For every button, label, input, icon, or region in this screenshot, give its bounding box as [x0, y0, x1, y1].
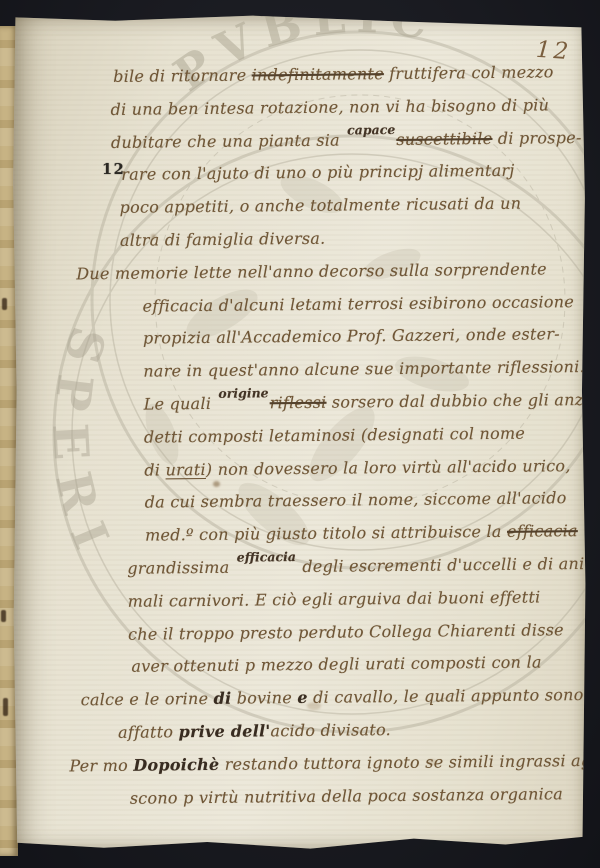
- manuscript-text: bile di ritornare: [113, 65, 252, 85]
- manuscript-text: di: [144, 460, 165, 479]
- manuscript-text: di cavallo, le quali appunto sono: [308, 685, 584, 707]
- manuscript-text: fruttifera col mezzo: [384, 62, 554, 83]
- manuscript-line: bile di ritornare indefinitamente frutti…: [113, 57, 582, 95]
- manuscript-text: Per mo: [69, 755, 133, 775]
- manuscript-line: detti composti letaminosi (designati col…: [144, 418, 586, 455]
- inserted-word: capace: [347, 115, 395, 146]
- manuscript-text: scono p virtù nutritiva della poca sosta…: [130, 784, 563, 808]
- inserted-word: origine: [218, 378, 269, 409]
- binding-edge-mark: [1, 610, 6, 622]
- manuscript-text: calce e le orine: [81, 689, 214, 709]
- manuscript-line: mali carnivori. E ciò egli arguiva dai b…: [128, 582, 586, 620]
- manuscript-text: poco appetiti, o anche totalmente ricusa…: [119, 194, 521, 217]
- inserted-word: efficacia: [237, 542, 297, 573]
- struck-out-word: suscettibile: [396, 129, 492, 149]
- manuscript-text: di una ben intesa rotazione, non vi ha b…: [110, 95, 549, 119]
- manuscript-line: da cui sembra traessero il nome, siccome…: [145, 483, 586, 520]
- manuscript-line: grandissima efficacia degli escrementi d…: [127, 549, 586, 587]
- binding-edge-mark: [2, 298, 7, 310]
- manuscript-line: poco appetiti, o anche totalmente ricusa…: [119, 188, 583, 226]
- manuscript-line: scono p virtù nutritiva della poca sosta…: [130, 779, 586, 817]
- manuscript-text: grandissima: [127, 558, 235, 578]
- manuscript-text: detti composti letaminosi (designati col…: [144, 423, 525, 446]
- manuscript-text: Due memorie lette nell'anno decorso sull…: [76, 259, 547, 283]
- manuscript-text: rare con l'ajuto di uno o più principj a…: [121, 161, 514, 184]
- manuscript-text: aver ottenuti p mezzo degli urati compos…: [131, 653, 541, 676]
- manuscript-line: propizia all'Accademico Prof. Gazzeri, o…: [143, 319, 585, 356]
- overwritten-word: e: [297, 688, 308, 707]
- manuscript-line: altra di famiglia diversa.: [120, 221, 584, 259]
- manuscript-text: ) non dovessero la loro virtù all'acido …: [206, 456, 571, 479]
- scanned-manuscript: PVBLIC SPERI 12 12 bile di ritornare ind…: [0, 0, 600, 868]
- manuscript-line: di urati) non dovessero la loro virtù al…: [144, 451, 586, 488]
- manuscript-line: affatto prive dell'acido divisato.: [118, 713, 586, 751]
- manuscript-text: med.º con più giusto titolo si attribuis…: [145, 522, 507, 545]
- manuscript-text: restando tuttora ignoto se simili ingras…: [219, 751, 586, 774]
- binding-edge-mark: [3, 698, 8, 716]
- manuscript-text: nare in quest'anno alcune sue importante…: [143, 357, 585, 381]
- manuscript-text: propizia all'Accademico Prof. Gazzeri, o…: [143, 325, 560, 348]
- manuscript-line: nare in quest'anno alcune sue importante…: [143, 352, 585, 389]
- manuscript-text: efficacia d'alcuni letami terrosi esibir…: [143, 292, 575, 316]
- manuscript-line: Due memorie lette nell'anno decorso sull…: [76, 254, 584, 292]
- manuscript-text: altra di famiglia diversa.: [120, 229, 326, 250]
- overwritten-word: di: [214, 689, 232, 708]
- manuscript-text: Le quali: [144, 394, 217, 414]
- manuscript-page: PVBLIC SPERI 12 12 bile di ritornare ind…: [12, 14, 586, 852]
- manuscript-text: di prospe-: [492, 128, 581, 148]
- overwritten-word: prive dell': [178, 721, 270, 741]
- struck-out-word: riflessi: [270, 393, 327, 413]
- manuscript-line: Le quali origineriflessi sorsero dal dub…: [143, 385, 585, 422]
- manuscript-line: che il troppo presto perduto Collega Chi…: [128, 615, 586, 653]
- overwritten-word: Dopoichè: [133, 755, 219, 775]
- struck-out-word: efficacia: [507, 521, 578, 541]
- manuscript-text-block: bile di ritornare indefinitamente frutti…: [12, 57, 586, 817]
- manuscript-text: sorsero dal dubbio che gli anzi-: [326, 390, 586, 412]
- struck-out-word: indefinitamente: [252, 64, 384, 84]
- manuscript-text: affatto: [118, 722, 179, 742]
- manuscript-text: che il troppo presto perduto Collega Chi…: [128, 620, 564, 644]
- manuscript-line: rare con l'ajuto di uno o più principj a…: [121, 155, 583, 193]
- manuscript-line: aver ottenuti p mezzo degli urati compos…: [131, 647, 586, 685]
- manuscript-text: bovine: [231, 688, 297, 708]
- manuscript-text: da cui sembra traessero il nome, siccome…: [145, 489, 567, 512]
- manuscript-line: efficacia d'alcuni letami terrosi esibir…: [142, 287, 584, 324]
- manuscript-line: med.º con più giusto titolo si attribuis…: [145, 516, 586, 553]
- manuscript-text: mali carnivori. E ciò egli arguiva dai b…: [128, 587, 541, 610]
- manuscript-line: Per mo Dopoichè restando tuttora ignoto …: [69, 746, 586, 784]
- manuscript-text: acido divisato.: [270, 720, 391, 740]
- underlined-word: urati: [165, 460, 205, 479]
- manuscript-line: dubitare che una pianta sia capacesuscet…: [111, 123, 583, 161]
- manuscript-line: calce e le orine di bovine e di cavallo,…: [81, 680, 586, 718]
- manuscript-text: degli escrementi d'uccelli e di ani-: [297, 554, 586, 576]
- manuscript-text: dubitare che una pianta sia: [111, 130, 346, 151]
